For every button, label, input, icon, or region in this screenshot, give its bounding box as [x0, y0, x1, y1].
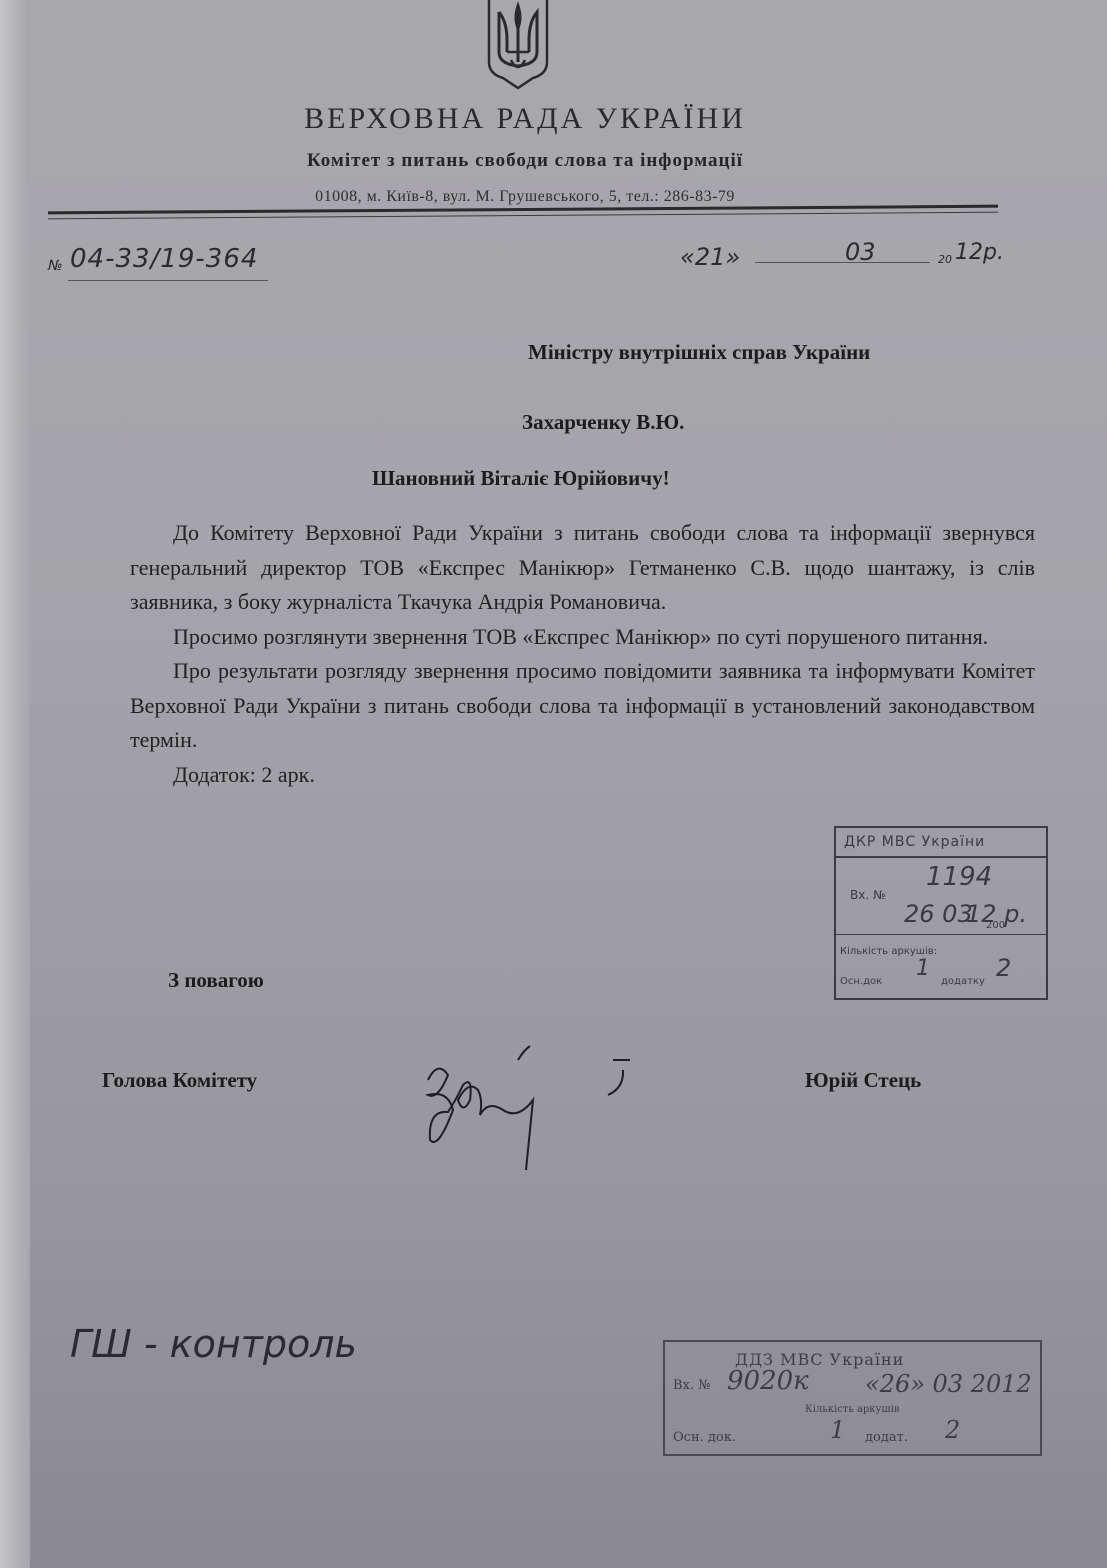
signature-icon — [408, 1040, 648, 1170]
stamp-in-label: Вх. № — [850, 888, 885, 902]
attachment-note: Додаток: 2 арк. — [130, 758, 1035, 793]
stamp-main-doc-label: Осн.док — [840, 976, 882, 987]
stamp-divider — [836, 856, 1046, 858]
stamp-addendum-value: 2 — [996, 954, 1011, 982]
letter-body: До Комітету Верховної Ради України з пит… — [130, 516, 1035, 792]
date-day: «21» — [680, 243, 740, 271]
stamp-main-doc-label: Осн. док. — [673, 1430, 736, 1445]
salutation: Шановний Віталіє Юрійовичу! — [372, 466, 670, 491]
signer-name: Юрій Стець — [805, 1068, 921, 1093]
date-year: 12р. — [955, 240, 1004, 265]
stamp-title: ДКР МВС України — [844, 834, 985, 850]
date-underline — [755, 262, 930, 263]
committee-address: 01008, м. Київ-8, вул. М. Грушевського, … — [0, 188, 1050, 206]
stamp-in-number: 1194 — [926, 862, 992, 892]
stamp-addendum-label: додат. — [865, 1430, 908, 1445]
addressee-title: Міністру внутрішніх справ України — [528, 340, 870, 365]
date-year-prefix: 20 — [938, 253, 952, 266]
stamp-in-number: 9020к — [727, 1366, 809, 1396]
stamp-year: 12 р. — [966, 900, 1027, 928]
registration-underline — [68, 280, 268, 281]
stamp-date: «26» 03 2012 — [865, 1370, 1032, 1398]
stamp-main-doc-value: 1 — [830, 1416, 845, 1444]
closing-phrase: З повагою — [168, 968, 264, 993]
stamp-addendum-value: 2 — [945, 1416, 960, 1444]
stamp-addendum-label: додатку — [941, 976, 985, 987]
addressee-name: Захарченку В.Ю. — [522, 410, 684, 435]
trident-emblem-icon — [483, 0, 553, 90]
registration-number: 04-33/19-364 — [70, 244, 258, 274]
stamp-main-doc-value: 1 — [916, 956, 930, 981]
stamp-pages-label: Кількість аркушів — [805, 1404, 900, 1415]
stamp-in-label: Вх. № — [673, 1378, 710, 1393]
incoming-stamp-dkr: ДКР МВС України Вх. № 1194 26 03 200 12 … — [834, 826, 1048, 1000]
body-paragraph: До Комітету Верховної Ради України з пит… — [130, 516, 1035, 620]
incoming-stamp-ddz: ДДЗ МВС України Вх. № 9020к «26» 03 2012… — [663, 1340, 1042, 1456]
body-paragraph: Просимо розглянути звернення ТОВ «Експре… — [130, 620, 1035, 655]
stamp-divider — [836, 934, 1046, 935]
signer-position: Голова Комітету — [102, 1068, 257, 1093]
body-paragraph: Про результати розгляду звернення просим… — [130, 654, 1035, 758]
organization-name: ВЕРХОВНА РАДА УКРАЇНИ — [0, 102, 1050, 136]
registration-number-label: № — [48, 258, 63, 274]
stamp-date: 26 03 — [904, 900, 973, 928]
page-edge-shadow — [0, 0, 30, 1568]
resolution-note: ГШ - контроль — [70, 1322, 357, 1366]
committee-name: Комітет з питань свободи слова та інформ… — [0, 150, 1050, 172]
